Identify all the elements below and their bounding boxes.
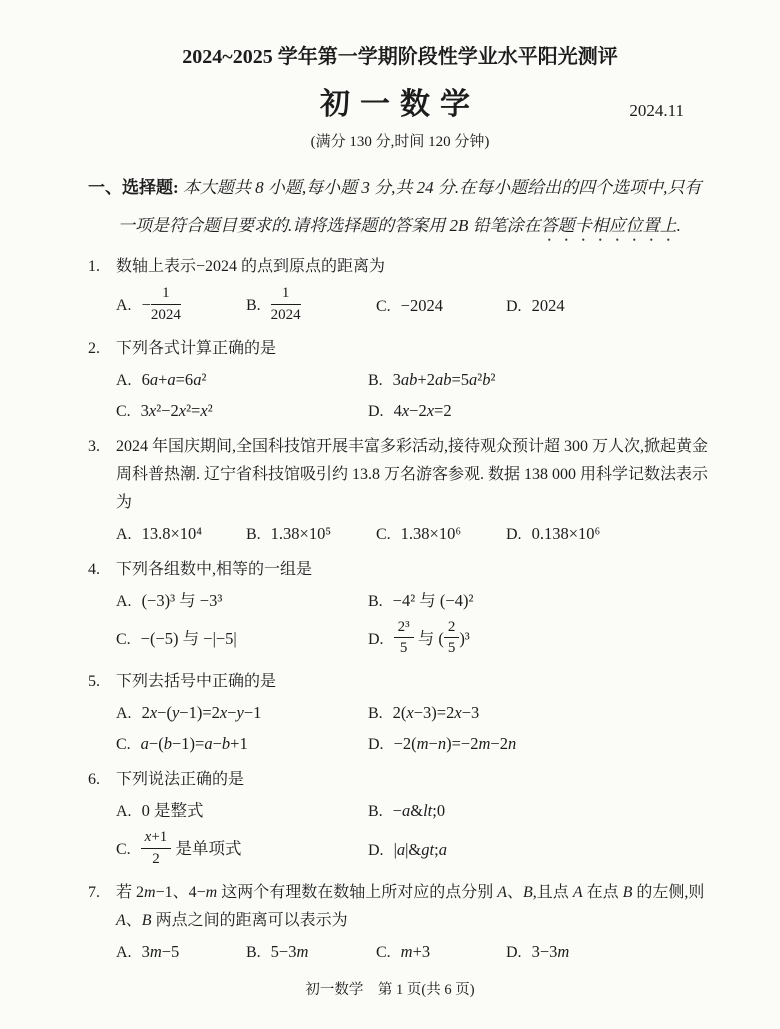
option-value: 13.8×10⁴ [142,524,202,543]
fraction: 2³5 [394,618,414,659]
option-value: 3m−5 [142,942,180,961]
option-label: C. [116,736,131,753]
option-value: −a&lt;0 [393,801,445,820]
options-row: A.13.8×10⁴B.1.38×10⁵C.1.38×10⁶D.0.138×10… [88,521,712,548]
option-label: B. [368,593,383,610]
option: C.1.38×10⁶ [376,521,506,548]
option-value: 4x−2x=2 [394,401,452,420]
question-number: 1. [88,253,100,281]
question-number: 5. [88,668,100,696]
option-value: 12024 [271,295,301,314]
question-stem: 6.下列说法正确的是 [88,766,712,794]
question-text: 数轴上表示−2024 的点到原点的距离为 [116,258,385,275]
option: B.1.38×10⁵ [246,521,376,548]
question-number: 2. [88,335,100,363]
options-row: C.3x²−2x²=x²D.4x−2x=2 [88,398,712,425]
option-value: 3x²−2x²=x² [141,401,213,420]
option-value: −(−5) 与 −|−5| [141,629,237,648]
question-number: 3. [88,433,100,461]
question: 4.下列各组数中,相等的一组是A.(−3)³ 与 −3³B.−4² 与 (−4)… [88,556,712,661]
section-instructions: 一、选择题: 本大题共 8 小题,每小题 3 分,共 24 分.在每小题给出的四… [88,169,712,245]
subject-row: 初一数学 2024.11 [88,84,712,126]
option-label: D. [368,736,384,753]
option: D.0.138×10⁶ [506,521,712,548]
option-label: A. [116,297,132,314]
option-label: A. [116,526,132,543]
option-value: a−(b−1)=a−b+1 [141,734,248,753]
option: A.2x−(y−1)=2x−y−1 [116,700,368,727]
option: A.−12024 [116,286,246,327]
fraction: 25 [444,618,460,659]
option: C.m+3 [376,939,506,966]
option-value: 6a+a=6a² [142,370,207,389]
question-text: 2024 年国庆期间,全国科技馆开展丰富多彩活动,接待观众预计超 300 万人次… [116,438,708,511]
option-label: B. [368,803,383,820]
option-label: C. [116,841,131,858]
option-label: B. [368,705,383,722]
options-row: A.3m−5B.5−3mC.m+3D.3−3m [88,939,712,966]
option: C.a−(b−1)=a−b+1 [116,731,368,758]
question-text: 下列各组数中,相等的一组是 [116,561,312,578]
options-row: A.−12024B.12024C.−2024D.2024 [88,286,712,327]
options-row: A.(−3)³ 与 −3³B.−4² 与 (−4)² [88,588,712,615]
option-label: D. [506,298,522,315]
question: 6.下列说法正确的是A.0 是整式B.−a&lt;0C.x+12 是单项式D.|… [88,766,712,871]
option-label: C. [376,944,391,961]
option-label: A. [116,944,132,961]
question-number: 7. [88,879,100,907]
question-stem: 1.数轴上表示−2024 的点到原点的距离为 [88,253,712,281]
option-label: B. [246,944,261,961]
option-label: D. [368,631,384,648]
option-label: A. [116,372,132,389]
fraction: 12024 [271,284,301,325]
option: D.3−3m [506,939,712,966]
option-label: C. [116,403,131,420]
option-label: C. [376,526,391,543]
question-text: 若 2m−1、4−m 这两个有理数在数轴上所对应的点分别 A、B,且点 A 在点… [116,884,704,929]
option: C.3x²−2x²=x² [116,398,368,425]
option: C.−(−5) 与 −|−5| [116,626,368,653]
fraction: 12024 [151,284,181,325]
option: D.4x−2x=2 [368,398,712,425]
option-value: 3ab+2ab=5a²b² [393,370,496,389]
option-label: D. [506,526,522,543]
option-label: C. [376,298,391,315]
option-label: B. [246,526,261,543]
instructions-emphasis: 答题卡相应位置上 [541,216,677,235]
option-value: −4² 与 (−4)² [393,591,474,610]
question-stem: 4.下列各组数中,相等的一组是 [88,556,712,584]
option-value: m+3 [401,942,430,961]
question: 2.下列各式计算正确的是A.6a+a=6a²B.3ab+2ab=5a²b²C.3… [88,335,712,425]
option-label: C. [116,631,131,648]
option: D.−2(m−n)=−2m−2n [368,731,712,758]
question-stem: 7.若 2m−1、4−m 这两个有理数在数轴上所对应的点分别 A、B,且点 A … [88,879,712,935]
section-label: 一、选择题: [88,178,179,197]
option-label: B. [246,297,261,314]
option-label: A. [116,803,132,820]
option-label: A. [116,705,132,722]
option: B.12024 [246,286,376,327]
option: D.2024 [506,293,712,320]
option: A.13.8×10⁴ [116,521,246,548]
option-value: x+12 是单项式 [141,839,242,858]
options-row: A.6a+a=6a²B.3ab+2ab=5a²b² [88,367,712,394]
option: B.3ab+2ab=5a²b² [368,367,712,394]
question: 1.数轴上表示−2024 的点到原点的距离为A.−12024B.12024C.−… [88,253,712,327]
exam-date: 2024.11 [629,101,684,121]
option-value: |a|&gt;a [394,840,447,859]
options-row: C.x+12 是单项式D.|a|&gt;a [88,830,712,871]
option-value: 1.38×10⁶ [401,524,461,543]
option-value: 2³5 与 (25)³ [394,629,470,648]
option-value: 0 是整式 [142,801,204,820]
option-label: A. [116,593,132,610]
option: B.−4² 与 (−4)² [368,588,712,615]
question-text: 下列去括号中正确的是 [116,673,276,690]
option-value: 3−3m [532,942,570,961]
option: C.−2024 [376,293,506,320]
question-stem: 5.下列去括号中正确的是 [88,668,712,696]
option-value: 0.138×10⁶ [532,524,601,543]
options-row: C.a−(b−1)=a−b+1D.−2(m−n)=−2m−2n [88,731,712,758]
option: D.|a|&gt;a [368,837,712,864]
exam-page: 2024~2025 学年第一学期阶段性学业水平阳光测评 初一数学 2024.11… [0,0,780,1029]
options-row: A.0 是整式B.−a&lt;0 [88,798,712,825]
question-stem: 2.下列各式计算正确的是 [88,335,712,363]
option: B.2(x−3)=2x−3 [368,700,712,727]
option-value: 1.38×10⁵ [271,524,331,543]
question-number: 4. [88,556,100,584]
option-value: (−3)³ 与 −3³ [142,591,223,610]
question-number: 6. [88,766,100,794]
option: D.2³5 与 (25)³ [368,620,712,661]
question-text: 下列各式计算正确的是 [116,340,276,357]
option: B.−a&lt;0 [368,798,712,825]
options-row: A.2x−(y−1)=2x−y−1B.2(x−3)=2x−3 [88,700,712,727]
instructions-period: . [677,216,681,235]
option-label: D. [506,944,522,961]
option-value: −12024 [142,295,181,314]
question: 7.若 2m−1、4−m 这两个有理数在数轴上所对应的点分别 A、B,且点 A … [88,879,712,966]
option: B.5−3m [246,939,376,966]
fraction: x+12 [141,828,172,869]
option-value: −2(m−n)=−2m−2n [394,734,517,753]
question: 3.2024 年国庆期间,全国科技馆开展丰富多彩活动,接待观众预计超 300 万… [88,433,712,548]
option: A.(−3)³ 与 −3³ [116,588,368,615]
options-row: C.−(−5) 与 −|−5|D.2³5 与 (25)³ [88,620,712,661]
option-value: 5−3m [271,942,309,961]
question-stem: 3.2024 年国庆期间,全国科技馆开展丰富多彩活动,接待观众预计超 300 万… [88,433,712,517]
option-value: 2x−(y−1)=2x−y−1 [142,703,262,722]
questions-list: 1.数轴上表示−2024 的点到原点的距离为A.−12024B.12024C.−… [88,253,712,966]
question: 5.下列去括号中正确的是A.2x−(y−1)=2x−y−1B.2(x−3)=2x… [88,668,712,758]
page-footer: 初一数学 第 1 页(共 6 页) [0,978,780,999]
option: A.3m−5 [116,939,246,966]
option-value: −2024 [401,296,443,315]
exam-meta: (满分 130 分,时间 120 分钟) [88,130,712,151]
exam-subject: 初一数学 [320,88,480,121]
option-label: D. [368,842,384,859]
option-value: 2(x−3)=2x−3 [393,703,480,722]
option-value: 2024 [532,296,565,315]
option: A.6a+a=6a² [116,367,368,394]
exam-title: 2024~2025 学年第一学期阶段性学业水平阳光测评 [88,44,712,70]
question-text: 下列说法正确的是 [116,771,244,788]
option: C.x+12 是单项式 [116,830,368,871]
option: A.0 是整式 [116,798,368,825]
option-label: D. [368,403,384,420]
option-label: B. [368,372,383,389]
